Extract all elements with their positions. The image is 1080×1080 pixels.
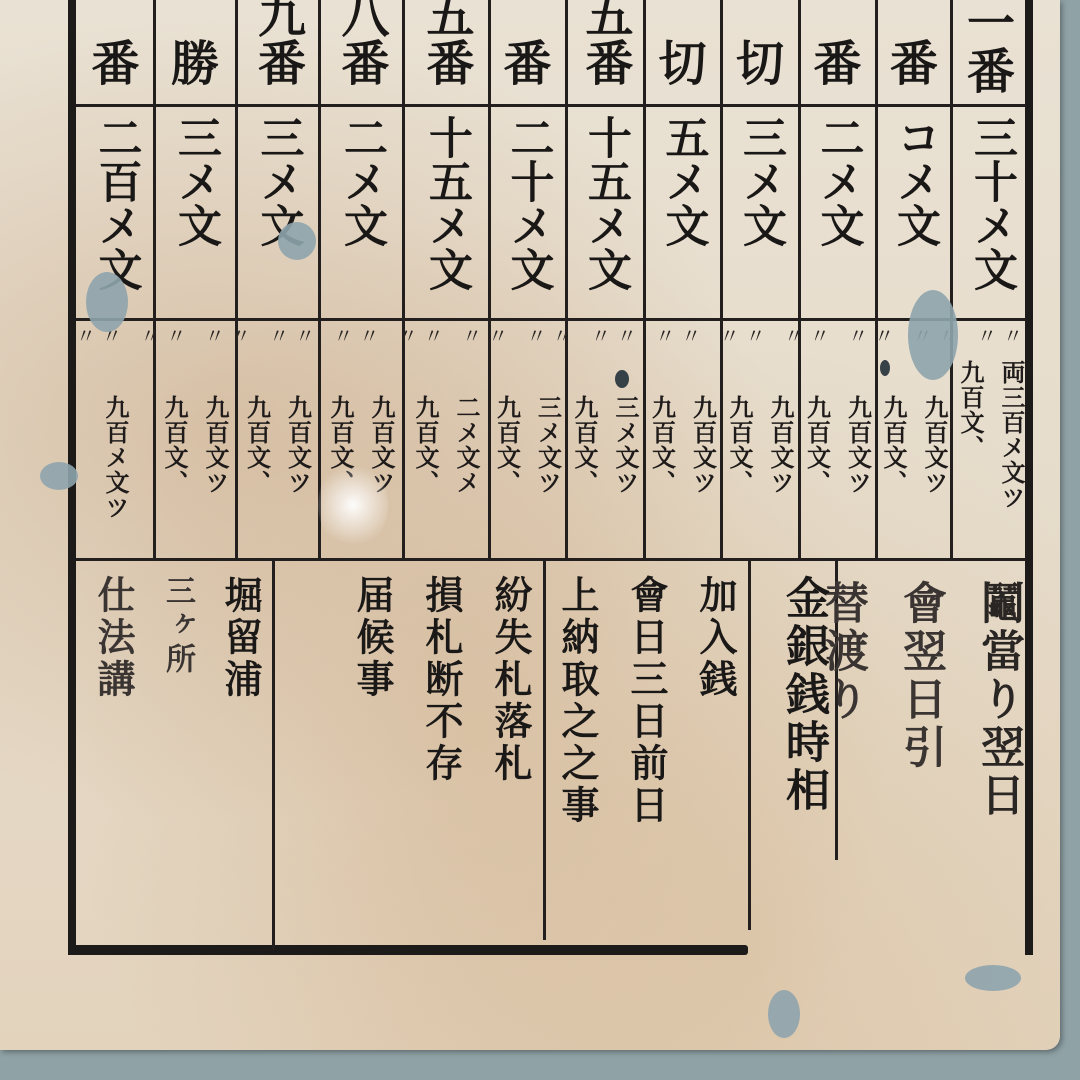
notes-divider [543, 560, 546, 940]
header-rule [76, 104, 1026, 107]
sub-prize: 九百メ文ツ [78, 395, 153, 555]
prize-amount: 三メ文 [155, 115, 235, 247]
worm-hole [615, 370, 629, 388]
notes-location: 堀留浦 三ヶ所 仕法講 [80, 575, 268, 925]
worm-hole [86, 272, 128, 332]
prize-amount: コメ文 [878, 115, 950, 247]
column-header: 一番 [955, 0, 1027, 104]
column-header: 九番 [237, 0, 318, 86]
sub-prize: 三メ文ツ九百文、 [490, 395, 565, 555]
column-header: 五番 [404, 0, 488, 86]
tick-marks-row: 〃〃 〃〃 〃〃 〃〃 〃〃 〃〃 〃〃 〃〃 〃〃 〃〃 〃〃 〃〃 〃〃 〃… [76, 320, 1026, 350]
column-header: 番 [78, 40, 153, 88]
prize-amount: 五メ文 [645, 115, 720, 247]
worm-hole [40, 462, 78, 490]
light-glare [318, 460, 388, 550]
column-header: 勝 [155, 40, 235, 88]
prize-amount: 二メ文 [320, 115, 402, 247]
sub-prize: 九百文ツ九百文、 [878, 395, 950, 555]
prize-amount: 三十メ文 [955, 115, 1027, 291]
column-header: 八番 [320, 0, 402, 86]
worm-hole [278, 222, 316, 260]
sub-prize: 九百文ツ九百文、 [237, 395, 318, 555]
sub-prize: 九百文ツ九百文、 [722, 395, 798, 555]
column-header: 番 [800, 40, 875, 88]
notes-divider [748, 560, 751, 930]
sub-prize: 九百文ツ九百文、 [155, 395, 235, 555]
notes-divider [272, 560, 275, 950]
notes-drawing-rules: 鬮當り翌日 會翌日引 替渡り [840, 580, 1030, 880]
notes-payment: 加入銭 會日三日前日 上納取之之事 [555, 575, 743, 925]
prize-amount: 三メ文 [722, 115, 798, 247]
column-header: 番 [490, 40, 565, 88]
sub-prize: 両三百メ文ツ九百文、 [953, 360, 1029, 555]
sub-prize: 三メ文ツ九百文、 [567, 395, 643, 555]
worm-hole [768, 990, 800, 1038]
column-header: 五番 [567, 0, 643, 86]
prize-amount: 十五メ文 [404, 115, 488, 291]
sub-prize: 九百文ツ九百文、 [645, 395, 720, 555]
column-header: 番 [878, 40, 950, 88]
worm-hole [880, 360, 890, 376]
sub-rule [76, 558, 1026, 561]
prize-amount: 二メ文 [800, 115, 875, 247]
worm-hole [965, 965, 1021, 991]
worm-hole [908, 290, 958, 380]
column-header: 切 [722, 40, 798, 88]
sub-prize: 九百文ツ九百文、 [800, 395, 875, 555]
prize-amount: 二十メ文 [490, 115, 565, 291]
column-header: 切 [645, 40, 720, 88]
notes-lost-tickets: 紛失札落札 損札断不存 届候事 [280, 575, 538, 925]
bottom-border [68, 945, 748, 955]
notes-exchange: 金銀銭時相 [755, 575, 835, 895]
prize-amount: 十五メ文 [567, 115, 643, 291]
sub-prize: 二メ文メ九百文、 [404, 395, 488, 555]
prize-amount: 二百メ文 [78, 115, 153, 291]
